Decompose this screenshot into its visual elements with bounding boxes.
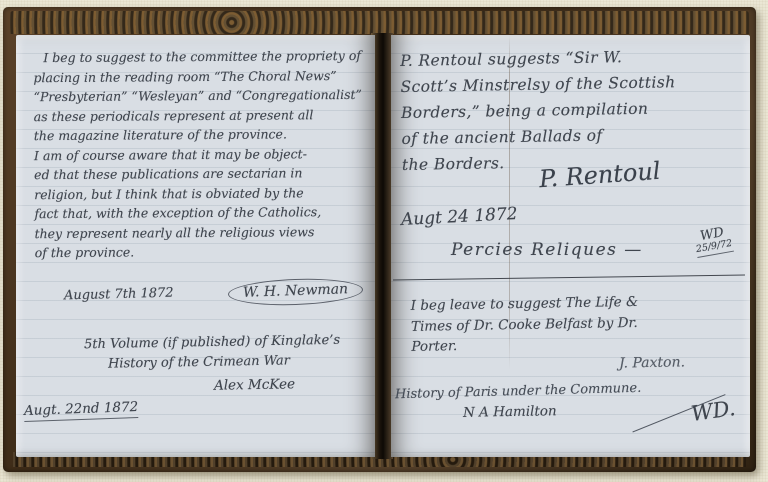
signature-paxton: J. Paxton. xyxy=(619,354,685,371)
handwritten-line: 5th Volume (if published) of Kinglake’s xyxy=(84,333,340,352)
signature-mckee: Alex McKee xyxy=(214,376,295,393)
handwritten-line: the magazine literature of the province. xyxy=(34,124,372,146)
entry-date-underlined: Augt. 22nd 1872 xyxy=(24,399,139,422)
handwritten-line: they represent nearly all the religious … xyxy=(34,221,372,243)
signature-hamilton: N A Hamilton xyxy=(463,403,557,421)
handwritten-line: I beg to suggest to the committee the pr… xyxy=(33,46,371,68)
handwritten-line: placing in the reading room “The Choral … xyxy=(33,65,371,87)
handwritten-line: I am of course aware that it may be obje… xyxy=(34,143,372,165)
entry-date: Augt 24 1872 xyxy=(401,204,519,230)
handwritten-line: “Presbyterian” “Wesleyan” and “Congregat… xyxy=(34,85,372,107)
handwritten-line: religion, but I think that is obviated b… xyxy=(34,182,372,204)
signature-newman-circled: W. H. Newman xyxy=(227,277,363,308)
right-page: P. Rentoul suggests “Sir W. Scott’s Mins… xyxy=(391,35,750,457)
handwritten-line: History of Paris under the Commune. xyxy=(395,381,642,402)
handwritten-line: History of the Crimean War xyxy=(108,353,290,371)
ink-divider-line xyxy=(393,275,745,281)
entry-date: August 7th 1872 xyxy=(64,286,174,304)
photo-background: I beg to suggest to the committee the pr… xyxy=(0,0,768,482)
handwritten-line: fact that, with the exception of the Cat… xyxy=(34,202,372,224)
notebook: I beg to suggest to the committee the pr… xyxy=(3,7,756,472)
corner-monogram-wd: WD. xyxy=(690,396,737,426)
manuscript-entry-minstrelsy: P. Rentoul suggests “Sir W. Scott’s Mins… xyxy=(400,42,746,178)
handwritten-line: of the province. xyxy=(35,241,373,263)
handwritten-line: as these periodicals represent at presen… xyxy=(34,104,372,126)
manuscript-entry-dr-cooke: I beg leave to suggest The Life & Times … xyxy=(410,290,741,357)
title-percies-reliques: Percies Reliques — xyxy=(451,240,643,260)
left-page: I beg to suggest to the committee the pr… xyxy=(16,35,375,457)
marbled-edge-top xyxy=(10,11,749,34)
monogram-wd-dated: WD 25/9/72 xyxy=(693,226,734,258)
manuscript-entry-choral-news: I beg to suggest to the committee the pr… xyxy=(33,46,372,263)
handwritten-line: ed that these publications are sectarian… xyxy=(34,163,372,185)
